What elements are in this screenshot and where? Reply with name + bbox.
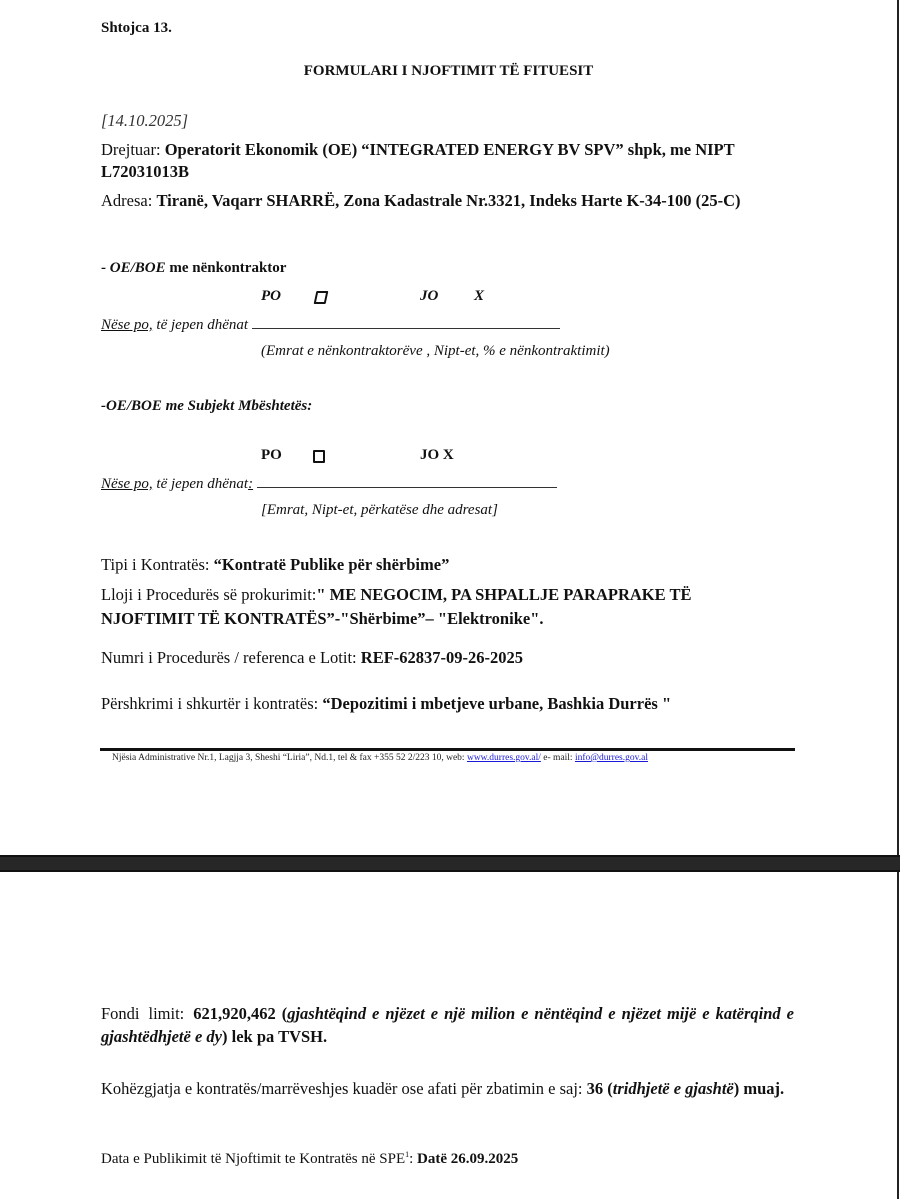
document-page-2: Fondi limit: 621,920,462 (gjashtëqind e … (0, 872, 899, 1199)
short-description: Përshkrimi i shkurtër i kontratës: “Depo… (101, 694, 671, 714)
form-title: FORMULARI I NJOFTIMIT TË FITUESIT (0, 63, 897, 80)
duration-label: Kohëzgjatja e kontratës/marrëveshjes kua… (101, 1079, 587, 1098)
heading-prefix: - (101, 260, 110, 276)
support-details-line: Nëse po, të jepen dhënat: (101, 475, 557, 493)
support-details-field[interactable] (257, 475, 557, 488)
duration-paren-open: ( (603, 1079, 613, 1098)
fund-limit-label: Fondi limit: (101, 1004, 193, 1023)
contract-type-label: Tipi i Kontratës: (101, 555, 214, 574)
procedure-type-value: " ME NEGOCIM, PA SHPALLJE PARAPRAKE TË (316, 585, 691, 604)
short-description-value: “Depozitimi i mbetjeve urbane, Bashkia D… (322, 694, 671, 713)
document-page-1: Shtojca 13. FORMULARI I NJOFTIMIT TË FIT… (0, 0, 899, 855)
addressee-value: Operatorit Ekonomik (OE) “INTEGRATED ENE… (165, 140, 735, 159)
subcontractor-no-label: JO (420, 288, 438, 305)
annex-label: Shtojca 13. (101, 20, 172, 37)
subcontractor-heading: - OE/BOE me nënkontraktor (101, 260, 286, 277)
footer-email-link[interactable]: info@durres.gov.al (575, 753, 648, 763)
procedure-number-value: REF-62837-09-26-2025 (361, 648, 523, 667)
publication-date-value: Datë 26.09.2025 (417, 1151, 518, 1167)
procedure-type-label: Lloji i Procedurës së prokurimit: (101, 585, 316, 604)
support-hint: [Emrat, Nipt-et, përkatëse dhe adresat] (261, 502, 498, 519)
procedure-type-value-cont: NJOFTIMIT TË KONTRATËS”-"Shërbime”– "Ele… (101, 609, 543, 629)
subcontractor-hint: (Emrat e nënkontraktorëve , Nipt-et, % e… (261, 343, 610, 360)
footer-text: Njësia Administrative Nr.1, Lagjja 3, Sh… (112, 753, 467, 763)
support-no-label: JO X (420, 447, 454, 464)
duration-words: tridhjetë e gjashtë (613, 1079, 734, 1098)
short-description-label: Përshkrimi i shkurtër i kontratës: (101, 694, 322, 713)
notice-date: [14.10.2025] (101, 111, 188, 131)
heading-rest: me nënkontraktor (166, 260, 287, 276)
subcontractor-details-line: Nëse po, të jepen dhënat (101, 316, 560, 334)
addressee-nipt: L72031013B (101, 162, 189, 182)
page-separator (0, 855, 900, 872)
if-yes-colon: : (248, 476, 253, 492)
footer-rule (100, 748, 795, 751)
subcontractor-yes-checkbox[interactable] (314, 291, 329, 304)
subcontractor-no-mark: X (474, 288, 484, 305)
fund-limit-paren-close: ) lek pa TVSH. (222, 1027, 327, 1046)
if-yes-text: të jepen dhënat (153, 317, 248, 333)
procedure-number-label: Numri i Procedurës / referenca e Lotit: (101, 648, 361, 667)
if-yes-label: Nëse po, (101, 476, 153, 492)
support-yes-checkbox[interactable] (313, 450, 325, 463)
heading-oe-boe: OE/BOE (110, 260, 166, 276)
publication-date: Data e Publikimit të Njoftimit te Kontra… (101, 1150, 518, 1168)
addressee-label: Drejtuar: (101, 140, 161, 159)
contract-duration: Kohëzgjatja e kontratës/marrëveshjes kua… (101, 1077, 794, 1100)
footer-email-label: e- mail: (541, 753, 575, 763)
fund-limit-amount: 621,920,462 (193, 1004, 276, 1023)
fund-limit-paren-open: ( (276, 1004, 287, 1023)
duration-unit: muaj. (743, 1079, 784, 1098)
fund-limit: Fondi limit: 621,920,462 (gjashtëqind e … (101, 1002, 794, 1048)
address-label: Adresa: (101, 191, 152, 210)
publication-date-label: Data e Publikimit të Njoftimit te Kontra… (101, 1151, 405, 1167)
contract-type-value: “Kontratë Publike për shërbime” (214, 555, 450, 574)
footer-web-link[interactable]: www.durres.gov.al/ (467, 753, 541, 763)
addressee: Drejtuar: Operatorit Ekonomik (OE) “INTE… (101, 140, 794, 160)
address-value: Tiranë, Vaqarr SHARRË, Zona Kadastrale N… (156, 191, 740, 210)
duration-paren-close: ) (734, 1079, 740, 1098)
if-yes-label: Nëse po, (101, 317, 153, 333)
support-yes-label: PO (261, 447, 282, 464)
procedure-type: Lloji i Procedurës së prokurimit:" ME NE… (101, 585, 691, 605)
page-footer: Njësia Administrative Nr.1, Lagjja 3, Sh… (112, 753, 648, 763)
subcontractor-yes-label: PO (261, 288, 281, 305)
address: Adresa: Tiranë, Vaqarr SHARRË, Zona Kada… (101, 191, 741, 211)
publication-date-colon: : (409, 1151, 417, 1167)
duration-value: 36 (587, 1079, 604, 1098)
subcontractor-details-field[interactable] (252, 316, 560, 329)
procedure-number: Numri i Procedurës / referenca e Lotit: … (101, 648, 523, 668)
contract-type: Tipi i Kontratës: “Kontratë Publike për … (101, 555, 449, 575)
if-yes-text: të jepen dhënat (153, 476, 248, 492)
support-heading: -OE/BOE me Subjekt Mbështetës: (101, 398, 312, 415)
